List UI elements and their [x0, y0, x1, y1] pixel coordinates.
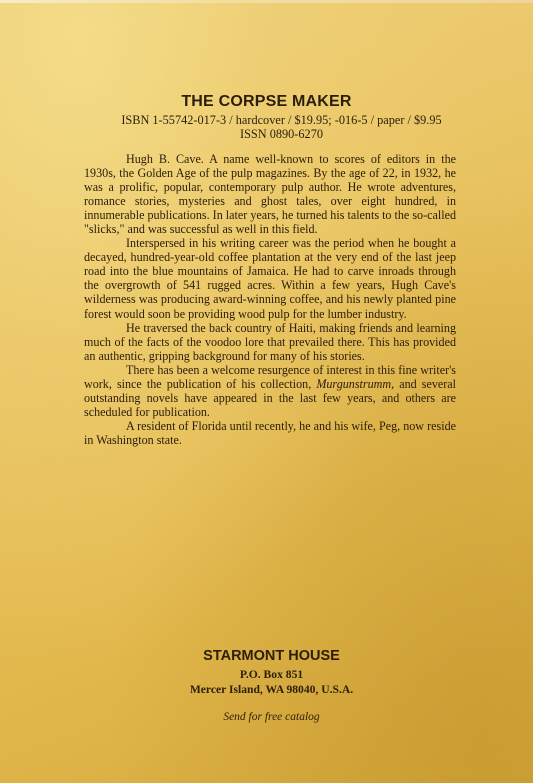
bio-paragraph: He traversed the back country of Haiti, … [84, 321, 456, 363]
publisher-name: STARMONT HOUSE [0, 648, 533, 664]
collection-title: Murgunstrumm [316, 377, 391, 391]
issn-line: ISSN 0890-6270 [0, 127, 533, 141]
book-title: THE CORPSE MAKER [0, 93, 533, 111]
catalog-note: Send for free catalog [0, 711, 533, 723]
author-bio: Hugh B. Cave. A name well-known to score… [84, 152, 456, 447]
publisher-address-line2: Mercer Island, WA 98040, U.S.A. [0, 683, 533, 696]
book-back-cover: THE CORPSE MAKER ISBN 1-55742-017-3 / ha… [0, 0, 533, 783]
paper-edge [0, 0, 533, 3]
bio-paragraph: Interspersed in his writing career was t… [84, 236, 456, 320]
bio-paragraph: Hugh B. Cave. A name well-known to score… [84, 152, 456, 236]
isbn-line: ISBN 1-55742-017-3 / hardcover / $19.95;… [0, 113, 533, 127]
bio-paragraph: A resident of Florida until recently, he… [84, 419, 456, 447]
bio-paragraph: There has been a welcome resurgence of i… [84, 363, 456, 419]
publisher-address-line1: P.O. Box 851 [0, 668, 533, 681]
